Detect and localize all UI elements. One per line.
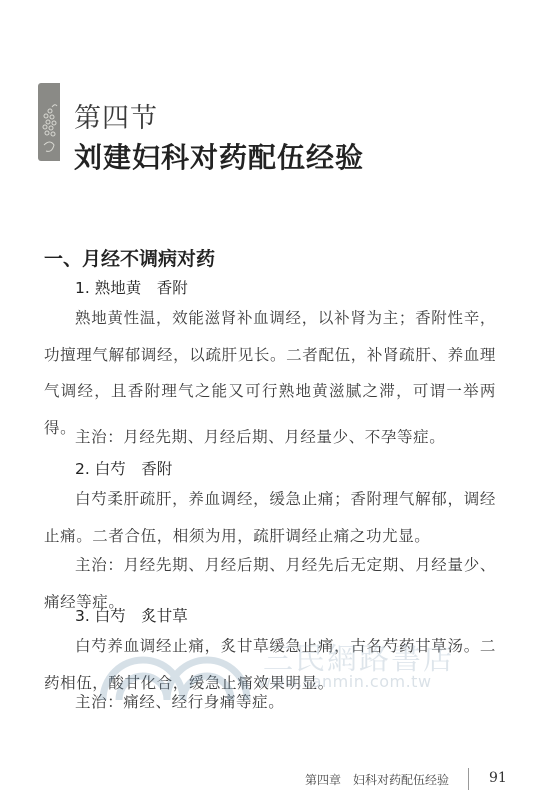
item-indication: 主治：痛经、经行身痛等症。 xyxy=(44,684,496,721)
decorative-ornament-icon xyxy=(38,83,60,161)
item-title: 3. 白芍 炙甘草 xyxy=(75,604,188,626)
item-title: 2. 白芍 香附 xyxy=(75,457,172,479)
item-description: 白芍柔肝疏肝，养血调经，缓急止痛；香附理气解郁，调经止痛。二者合伍，相须为用，疏… xyxy=(44,481,496,554)
item-title: 1. 熟地黄 香附 xyxy=(75,276,188,298)
section-title: 刘建妇科对药配伍经验 xyxy=(74,136,364,176)
chapter-heading: 一、月经不调病对药 xyxy=(44,244,215,271)
page-number: 91 xyxy=(489,770,507,786)
footer-divider xyxy=(468,768,469,790)
section-number: 第四节 xyxy=(74,96,158,135)
running-footer-chapter: 第四章 妇科对药配伍经验 xyxy=(305,771,449,788)
item-indication: 主治：月经先期、月经后期、月经量少、不孕等症。 xyxy=(44,419,496,456)
